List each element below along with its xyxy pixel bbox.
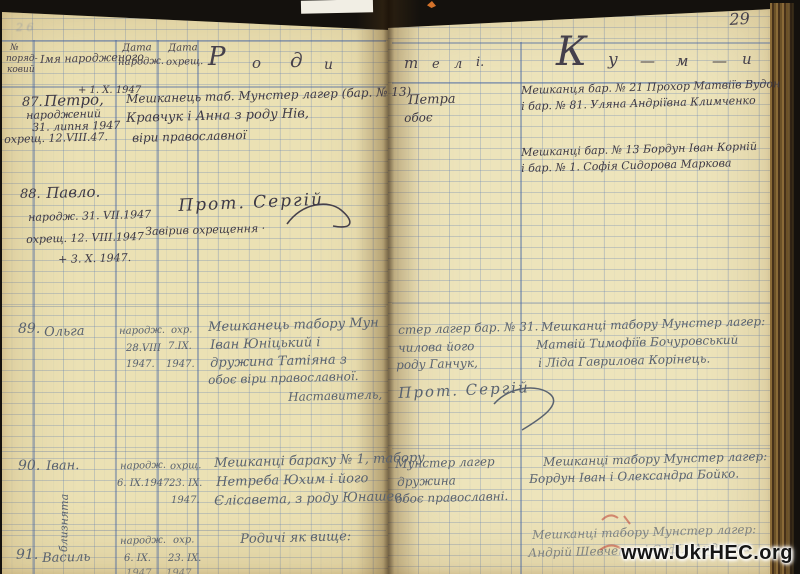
- entry-number: 88.: [20, 188, 41, 201]
- header-birth-col: Дата: [122, 43, 152, 54]
- header-bapt-col: Дата: [168, 43, 198, 54]
- signature-flourish: [285, 200, 355, 234]
- register-scan: 2 6 29 № поряд- ковий Імя народженого Да…: [0, 0, 800, 574]
- pencil-tip: [427, 1, 436, 8]
- entry-number: 90.: [18, 459, 40, 473]
- death-note: + 3. X. 1947.: [58, 252, 131, 265]
- parents-text: Родичі як вище:: [240, 530, 351, 546]
- child-name: Павло.: [46, 185, 100, 201]
- page-number: 29: [729, 11, 750, 28]
- entry-number: 89.: [18, 322, 40, 336]
- signature-flourish: [492, 384, 572, 432]
- header-number-col: №: [10, 44, 19, 53]
- child-name: Ольга: [44, 325, 85, 339]
- header-kumy-word: К: [556, 32, 587, 72]
- header-parents-word: Р: [208, 44, 226, 70]
- child-name: Василь: [42, 551, 91, 565]
- child-name: Іван.: [46, 459, 79, 473]
- bookmark-paper: [301, 0, 373, 14]
- margin-note-twins: близнята: [58, 494, 70, 553]
- middle-text: Мунстер лагер: [395, 455, 495, 470]
- middle-text: стер лагер бар. № 31.: [398, 320, 538, 336]
- faint-corner-mark: 2 6: [16, 22, 34, 33]
- middle-text: Петра: [408, 93, 456, 107]
- ukrhec-watermark: www.UkrHEC.org: [621, 542, 793, 565]
- entry-number: 87.: [22, 96, 43, 109]
- entry-number: 91.: [16, 548, 38, 562]
- scan-edge-shadow: [788, 0, 800, 574]
- note-text: Завірив охрещення ·: [145, 223, 265, 237]
